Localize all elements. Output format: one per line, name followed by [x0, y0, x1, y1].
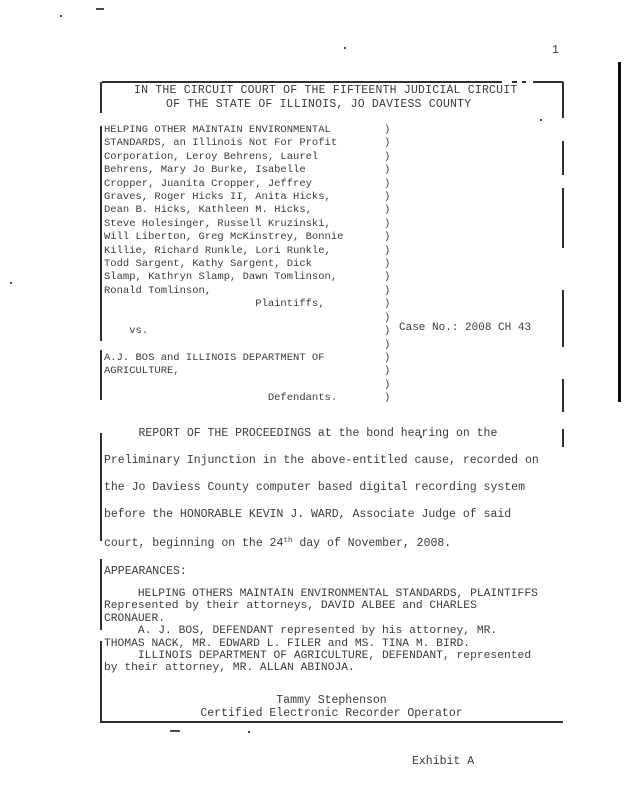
court-header-line1: IN THE CIRCUIT COURT OF THE FIFTEENTH JU…	[134, 84, 517, 98]
reporter-name: Tammy Stephenson	[100, 694, 563, 707]
right-margin-rule	[562, 429, 564, 447]
header-box-top-border-dash	[522, 81, 526, 83]
right-margin-rule	[562, 141, 564, 175]
left-margin-rule	[100, 350, 102, 400]
scan-noise	[170, 730, 180, 732]
left-margin-rule	[100, 82, 102, 113]
scan-noise	[96, 8, 104, 10]
right-margin-rule	[562, 379, 564, 412]
scan-noise	[60, 15, 62, 17]
scan-noise	[540, 119, 542, 121]
right-margin-rule	[562, 290, 564, 347]
page-number: 1	[552, 44, 559, 57]
scanner-edge-artifact	[618, 62, 621, 402]
scan-noise	[248, 731, 250, 733]
right-margin-rule	[562, 188, 564, 248]
header-box-right-border	[562, 82, 564, 118]
header-box-top-border	[102, 81, 502, 83]
left-margin-rule	[100, 126, 102, 341]
court-header-line2: OF THE STATE OF ILLINOIS, JO DAVIESS COU…	[166, 98, 471, 112]
appearances-heading: APPEARANCES:	[104, 565, 187, 578]
scan-noise	[10, 282, 12, 284]
scanned-court-document-page: 1 IN THE CIRCUIT COURT OF THE FIFTEENTH …	[0, 0, 626, 800]
case-caption-parties: HELPING OTHER MAINTAIN ENVIRONMENTAL STA…	[104, 124, 343, 406]
left-margin-rule	[100, 433, 102, 541]
report-paragraph-last-line: court, beginning on the 24th day of Nove…	[104, 528, 539, 557]
report-paragraph: REPORT OF THE PROCEEDINGS at the bond he…	[104, 420, 539, 557]
report-date-suffix: day of November, 2008.	[292, 537, 451, 550]
left-margin-rule	[100, 559, 102, 630]
header-box-top-border-corner	[533, 81, 563, 83]
reporter-title: Certified Electronic Recorder Operator	[100, 707, 563, 720]
report-date-prefix: court, beginning on the 24	[104, 537, 283, 550]
header-box-top-border-dash	[512, 81, 517, 83]
appearances-list: HELPING OTHERS MAINTAIN ENVIRONMENTAL ST…	[104, 588, 538, 675]
scan-noise	[344, 47, 346, 49]
report-paragraph-lines: REPORT OF THE PROCEEDINGS at the bond he…	[104, 420, 539, 528]
exhibit-label: Exhibit A	[412, 755, 474, 768]
case-caption-paren-column: ) ) ) ) ) ) ) ) ) ) ) ) ) ) ) ) ) ) ) ) …	[384, 124, 390, 406]
signature-rule	[100, 721, 563, 723]
case-number: Case No.: 2008 CH 43	[399, 322, 531, 334]
